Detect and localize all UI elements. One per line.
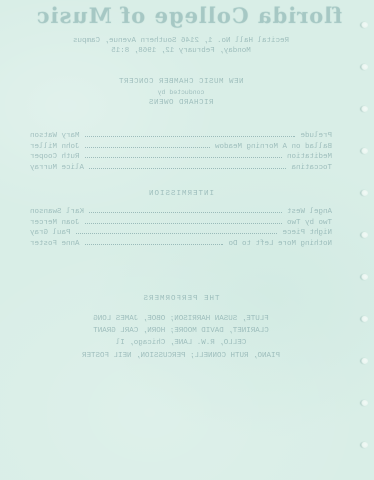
work-title: Prelude [300,132,332,140]
work-performer: Paul Gray [30,229,71,237]
work-performer: John Miller [30,143,80,151]
roster-line: CLARINET, DAVID MOORE; HORN, CARL GRANT [30,327,332,335]
work-performer: Joan Mercer [30,219,80,227]
program-row: Ballad on A Morning Meadow John Miller [30,143,332,154]
punch-hole [361,22,368,28]
work-performer: Anne Foster [30,240,80,248]
dot-leader [85,147,210,148]
work-performer: Alice Murray [30,164,84,172]
punch-hole [361,106,368,112]
punch-hole [361,442,368,448]
dot-leader [89,212,282,213]
punch-hole [361,232,368,238]
event-title: NEW MUSIC CHAMBER CONCERT [30,78,332,86]
program-row: Meditation Ruth Cooper [30,153,332,164]
punch-hole [361,358,368,364]
punch-hole [361,316,368,322]
work-performer: Karl Swanson [30,208,84,216]
performers-roster: FLUTE, SUSAN HARRISON; OBOE, JAMES LONG … [30,315,332,364]
date-line: Monday, February 12, 1968, 8:15 [30,47,332,55]
college-masthead: florida College of Music [34,3,344,28]
dot-leader [85,136,296,137]
work-performer: Ruth Cooper [30,153,80,161]
event-byline: conducted by [30,89,332,96]
dot-leader [89,168,286,169]
work-performer: Mary Watson [30,132,80,140]
performers-heading: THE PERFORMERS [30,295,332,303]
work-title: Angel West [287,208,332,216]
work-title: Meditation [287,153,332,161]
dot-leader [76,233,278,234]
program-row: Night Piece Paul Gray [30,229,332,240]
scanned-page: florida College of Music Recital Hall No… [0,0,374,480]
punch-hole [361,148,368,154]
work-title: Nothing More Left to Do [228,240,332,248]
work-title: Two by Two [287,219,332,227]
program-part-2: Angel West Karl Swanson Two by Two Joan … [30,208,332,250]
program-row: Prelude Mary Watson [30,132,332,143]
punch-hole [361,400,368,406]
program-row: Angel West Karl Swanson [30,208,332,219]
punch-hole [361,274,368,280]
roster-line: CELLO, R.W. LANE, Chicago, Il [30,339,332,347]
roster-line: FLUTE, SUSAN HARRISON; OBOE, JAMES LONG [30,315,332,323]
venue-line: Recital Hall No. 1, 2146 Southern Avenue… [30,37,332,45]
dot-leader [85,244,224,245]
work-title: Ballad on A Morning Meadow [215,143,332,151]
dot-leader [85,157,282,158]
program-row: Two by Two Joan Mercer [30,219,332,230]
bleed-through-print: florida College of Music Recital Hall No… [0,0,374,480]
punch-hole [361,190,368,196]
work-title: Night Piece [282,229,332,237]
dot-leader [85,223,282,224]
program-row: Toccatina Alice Murray [30,164,332,175]
work-title: Toccatina [291,164,332,172]
intermission-label: INTERMISSION [30,190,332,198]
program-row: Nothing More Left to Do Anne Foster [30,240,332,251]
roster-line: PIANO, RUTH CONNELL; PERCUSSION, NEIL FO… [30,352,332,360]
program-part-1: Prelude Mary Watson Ballad on A Morning … [30,132,332,174]
punch-hole [361,64,368,70]
event-conductor: RICHARD OWENS [30,99,332,107]
